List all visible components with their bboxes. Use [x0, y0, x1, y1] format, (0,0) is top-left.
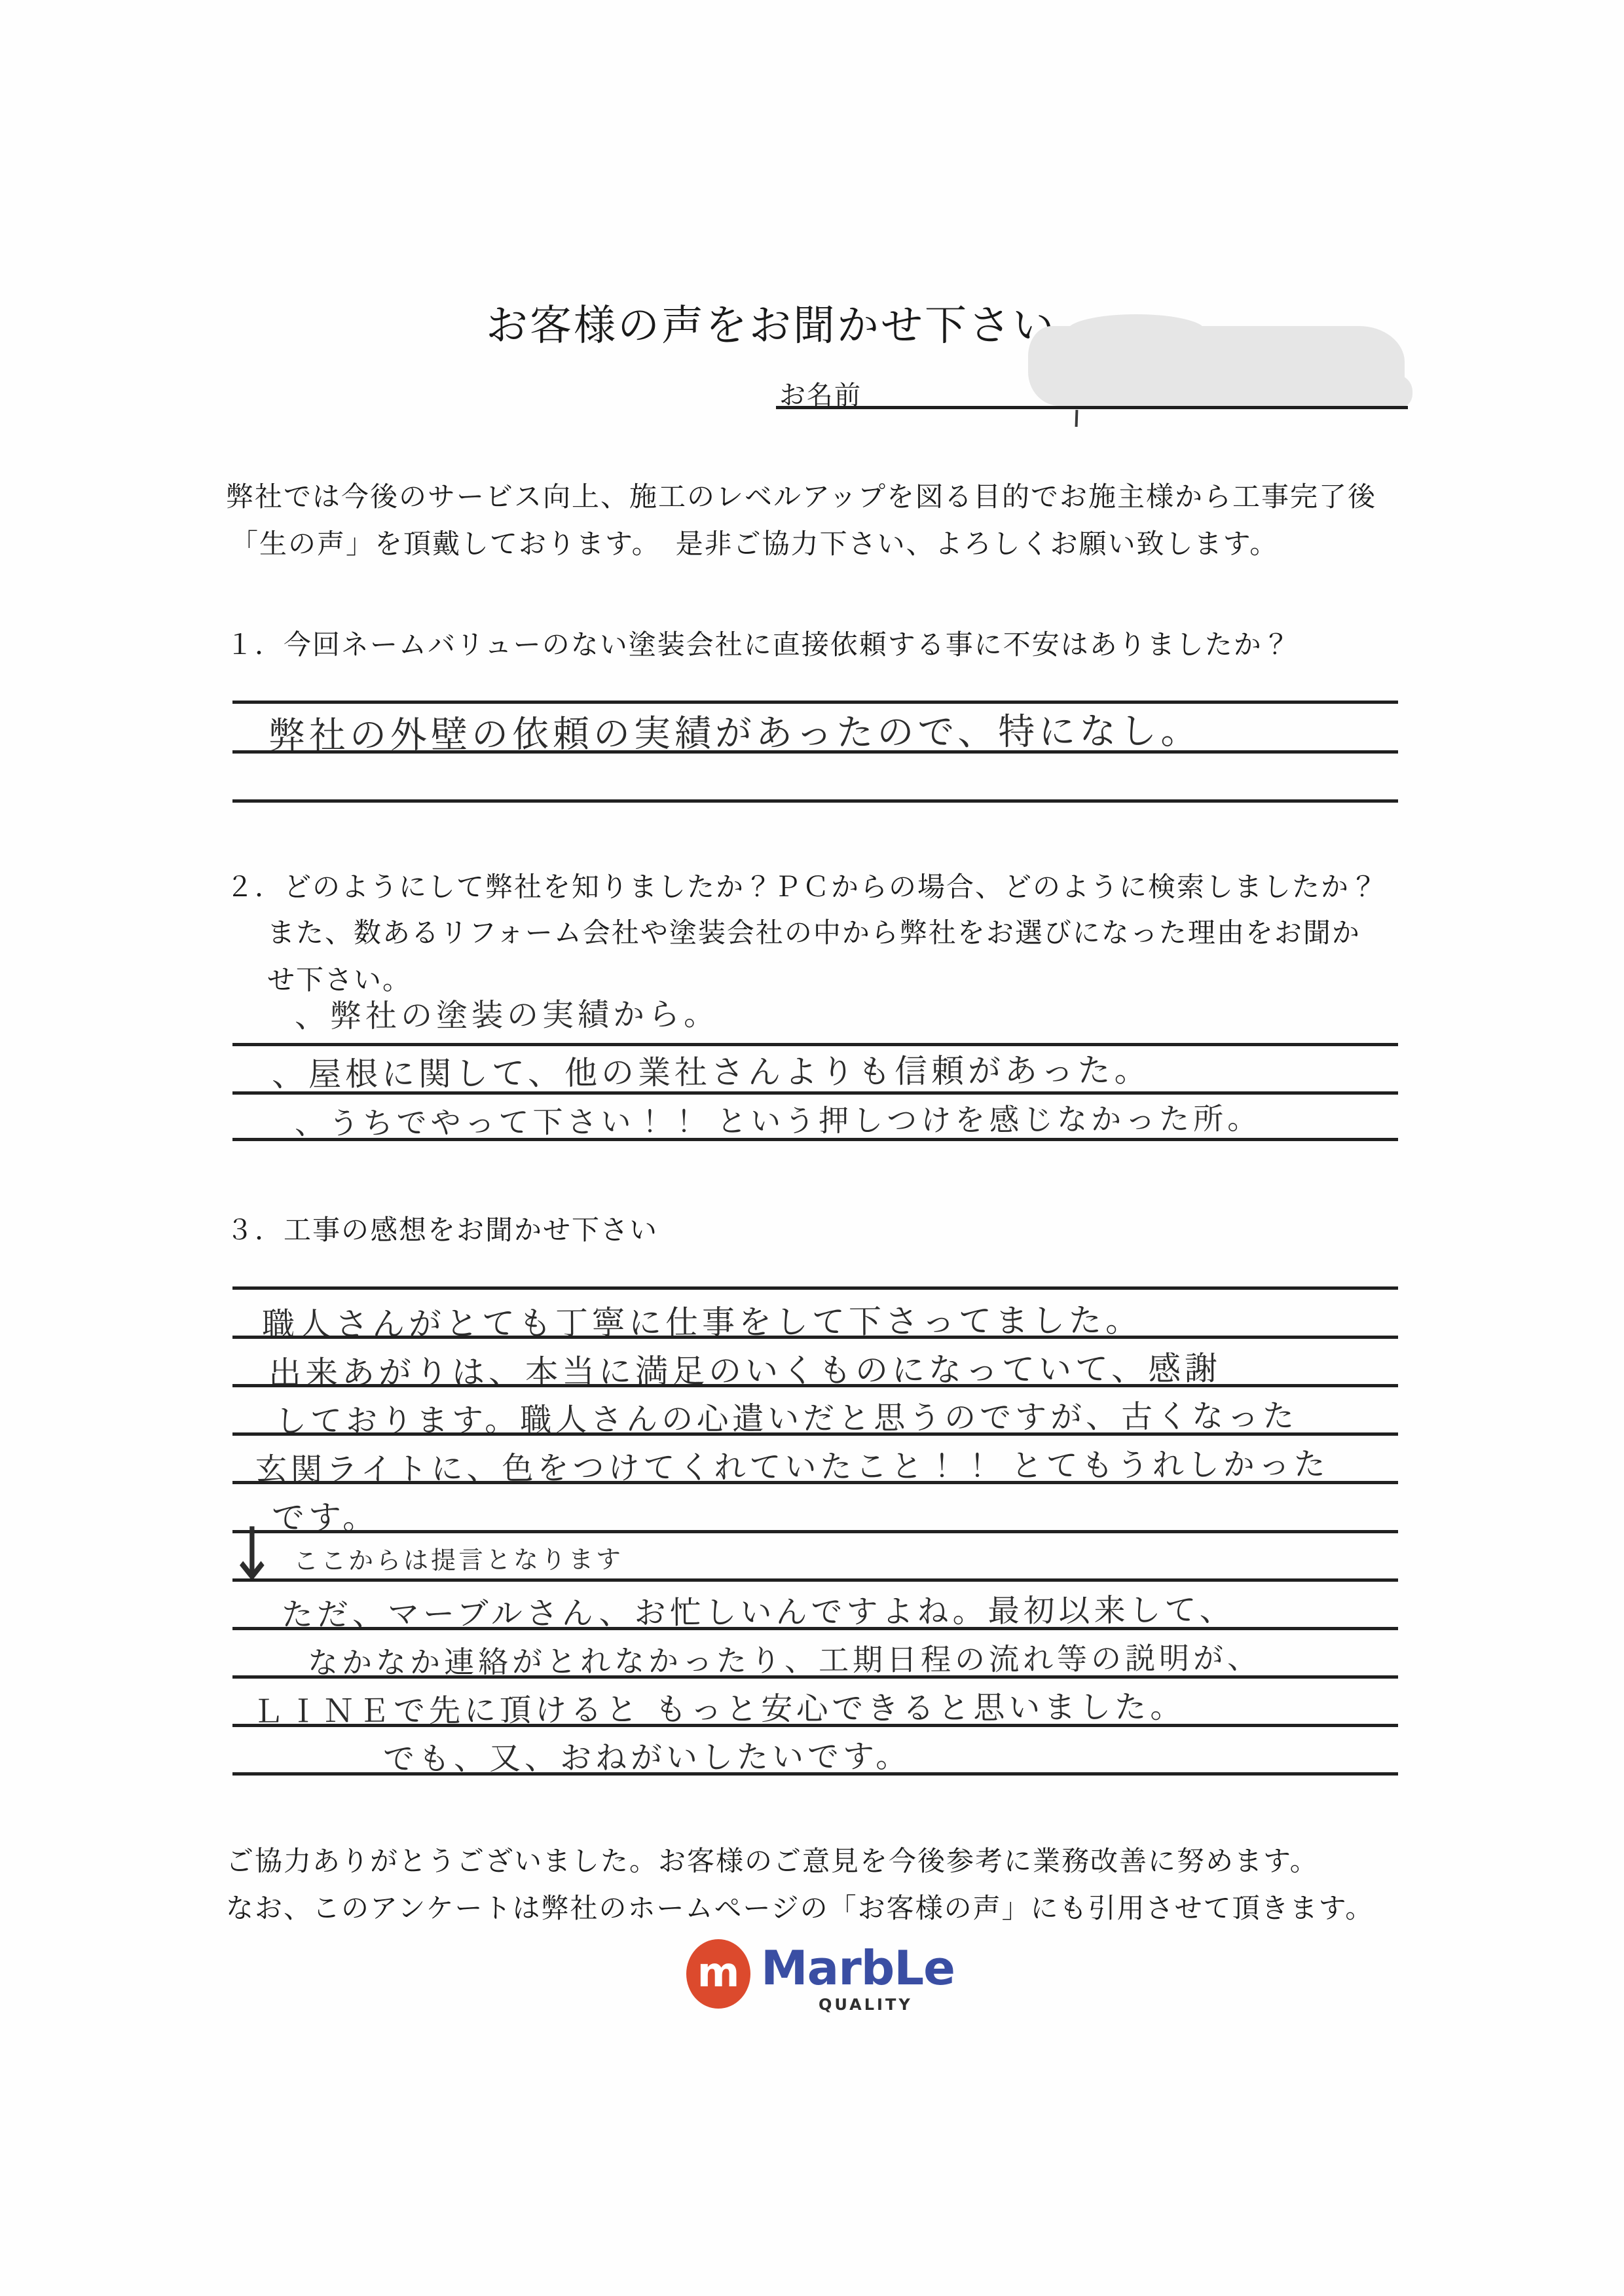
ruled-line [232, 1286, 1398, 1290]
brand-tagline: QUALITY [819, 1995, 955, 2014]
ruled-line [232, 1481, 1398, 1484]
question-3-label: ３．工事の感想をお聞かせ下さい [226, 1209, 658, 1248]
intro-line-2: 「生の声」を頂戴しております。 是非ご協力下さい、よろしくお願い致します。 [231, 522, 1278, 562]
ruled-line [232, 1578, 1398, 1582]
question-2-label-line2: また、数あるリフォーム会社や塗装会社の中から弊社をお選びになった理由をお聞か [267, 911, 1361, 951]
scan-tick-mark [1075, 410, 1079, 427]
q2-answer-handwriting: 、弊社の塗装の実績から。 [295, 989, 719, 1036]
ruled-line [232, 1336, 1398, 1339]
ruled-line [232, 1138, 1398, 1141]
closing-line-2: なお、このアンケートは弊社のホームページの「お客様の声」にも引用させて頂きます。 [226, 1887, 1374, 1926]
ruled-line [232, 1530, 1398, 1533]
redacted-name-blob [1028, 326, 1405, 406]
page-title: お客様の声をお聞かせ下さい [486, 292, 1056, 352]
question-1-label: １．今回ネームバリューのない塗装会社に直接依頼する事に不安はありましたか？ [226, 623, 1291, 663]
ruled-line [232, 1091, 1398, 1095]
question-2-label-line1: ２．どのようにして弊社を知りましたか？ＰＣからの場合、どのように検索しましたか？ [226, 866, 1378, 905]
closing-line-1: ご協力ありがとうございました。お客様のご意見を今後参考に業務改善に努めます。 [226, 1840, 1319, 1879]
logo-mark-letter: m [697, 1952, 740, 1993]
down-arrow-icon: ↓ [228, 1512, 276, 1596]
scanned-survey-page: お客様の声をお聞かせ下さい お名前 弊社では今後のサービス向上、施工のレベルアッ… [0, 0, 1624, 2296]
ruled-line [232, 1724, 1398, 1727]
company-logo: m MarbLe QUALITY [686, 1939, 955, 2014]
ruled-line [232, 750, 1398, 754]
ruled-line [232, 799, 1398, 803]
q3-annotation-handwriting: ここからは提言となります [293, 1539, 623, 1577]
logo-mark-circle: m [686, 1939, 750, 2009]
ruled-line [232, 1675, 1398, 1679]
intro-line-1: 弊社では今後のサービス向上、施工のレベルアップを図る目的でお施主様から工事完了後 [226, 475, 1376, 515]
ruled-line [232, 1772, 1398, 1776]
ruled-line [232, 1627, 1398, 1630]
brand-name: MarbLe [761, 1944, 955, 1992]
q2-answer-handwriting: 、屋根に関して、他の業社さんよりも信頼があった。 [272, 1044, 1151, 1095]
q2-answer-handwriting: 、うちでやって下さい！！ という押しつけを感じなかった所。 [295, 1095, 1261, 1143]
logo-text-block: MarbLe QUALITY [761, 1939, 955, 2014]
ruled-line [232, 1384, 1398, 1387]
ruled-line [232, 701, 1398, 704]
ruled-line [232, 1432, 1398, 1436]
name-underline [776, 406, 1408, 409]
